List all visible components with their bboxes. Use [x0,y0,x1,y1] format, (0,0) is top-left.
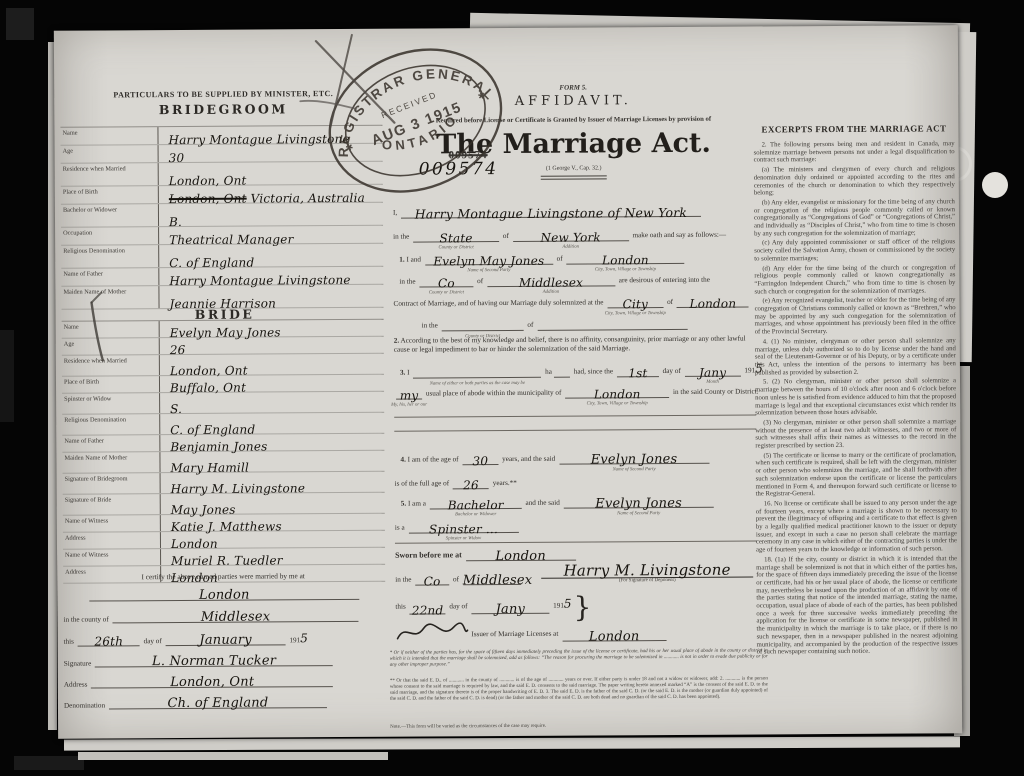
deponent-signature-block: Harry M. Livingstone (For Signature of D… [541,551,753,579]
field-sublabel: My, his, her or our [386,399,432,411]
item3-said-county: in the said County or District. [673,387,759,396]
item1-text: I and [406,256,421,264]
hw-minister-signature: L. Norman Tucker [95,653,333,669]
table-row: NameEvelyn May Jones [62,320,384,339]
film-artifact [14,756,84,770]
hw-solemnize-place: London [677,298,749,310]
item1-of2: of [477,277,483,285]
item5-is-a: is a [395,524,405,532]
excerpt-paragraph: (a) The ministers and clergymen of every… [754,165,955,197]
table-row: AddressLondon [63,531,385,550]
item4-full-age-text: is of the full age of [395,479,450,487]
field-label: Residence when Married [61,163,159,186]
item3-abode-text: usual place of abode within the municipa… [426,389,562,398]
field-sublabel: Name of Second Party [549,463,719,476]
hw-abode-day: 1st [617,367,659,379]
sworn-this: this [395,603,405,611]
sworn-of: of [453,575,459,583]
county-of-label: in the county of [63,615,108,623]
table-row: Spinster or WidowS. [62,392,384,415]
sworn-before-text: Sworn before me at [395,550,462,559]
oath-suffix: make oath and say as follows:— [632,231,726,240]
item5-i-am-a: I am a [408,500,426,508]
item4-said-text: years, and the said [502,455,555,463]
item2-paragraph: 2. According to the best of my knowledge… [394,334,756,353]
field-value: 26 [160,337,384,354]
item1-number: 1. [399,256,404,264]
excerpt-paragraph: (5) The certificate or license to marry … [755,451,956,498]
paper-edge-bottom [78,752,388,760]
field-value: Benjamin Jones [160,434,384,451]
film-artifact [0,330,14,422]
film-blob [982,172,1008,198]
field-label: Spinster or Widow [62,393,160,414]
hw-marriage-day: 26th [78,634,140,648]
sworn-in-the: in the [395,576,411,584]
table-row: Name of FatherBenjamin Jones [62,434,384,453]
hw-issuer-place: London [562,631,666,644]
excerpts-column: EXCERPTS FROM THE MARRIAGE ACT 2. The fo… [753,25,958,734]
hw-sworn-day: 22nd [410,604,446,616]
item3-191: 191 [744,366,755,374]
affidavit-document: PARTICULARS TO BE SUPPLIED BY MINISTER, … [54,25,962,739]
field-label: Address [63,532,161,549]
hw-second-party-age: 26 [453,479,489,491]
field-label: Name of Father [62,435,160,452]
item5-and-said: and the said [525,499,559,507]
field-value: Evelyn May Jones [160,320,384,337]
field-label: Name [60,127,158,145]
item1-contract-text: Contract of Marriage, and of having our … [393,298,603,307]
table-row: Signature of BridegroomHarry M. Livingst… [63,472,385,495]
issuer-label: Issuer of Marriage Licenses at [471,630,558,639]
excerpt-paragraph: (b) Any elder, evangelist or missionary … [754,198,955,238]
field-value: London, Ont [160,354,384,375]
field-value: Buffalo, Ont [160,375,384,392]
hw-marriage-month: January [166,632,286,648]
hw-marriage-place: London [89,587,359,604]
table-row: Name of WitnessKatie J. Matthews [63,514,385,533]
excerpts-body: 2. The following persons being men and r… [754,140,958,658]
field-value: May Jones [161,493,385,514]
item3-ha: ha [545,368,552,376]
bride-table: NameEvelyn May JonesAge26Residence when … [62,319,386,584]
field-label: Place of Birth [61,186,159,204]
table-row: Age26 [62,337,384,356]
field-label: Residence when Married [62,355,160,376]
table-row: Name of WitnessMuriel R. Tuedler [63,548,385,567]
field-label: Maiden Name of Mother [61,286,159,309]
footnote-star2: ** Or that the said E. D., of ..........… [390,676,768,702]
field-label: Religious Denomination [61,245,159,268]
excerpt-paragraph: 2. The following persons being men and r… [754,140,955,164]
field-value: Mary Hamill [160,451,384,472]
hw-sworn-month: Jany [471,604,549,616]
excerpt-paragraph: 5. (2) No clergyman, minister or other p… [755,378,956,418]
item3-number: 3. [400,369,405,377]
field-value: S. [160,392,384,413]
table-row: Religious DenominationC. of England [62,413,384,436]
issuer-signature-scribble [395,622,469,642]
excerpt-paragraph: (3) No clergyman, minister or other pers… [755,418,956,450]
table-row: Place of BirthBuffalo, Ont [62,375,384,394]
excerpt-paragraph: (d) Any elder for the time being of the … [754,264,955,296]
table-row: Bachelor or WidowerB. [61,203,383,228]
item3-day-of: day of [663,367,681,375]
field-label: Name of Father [61,268,159,286]
day-of-label: day of [144,637,162,645]
intro-of: of [503,232,509,240]
field-sublabel: City, Town, Village or Township [555,397,679,410]
microfilm-frame: { "stamp": { "arc_top": "REGISTRAR GENER… [0,0,1024,776]
table-row: Residence when MarriedLondon, Ont [62,354,384,377]
hw-deponent-age: 30 [462,455,498,467]
field-label: Religious Denomination [62,414,160,435]
field-value: C. of England [160,413,384,434]
table-row: OccupationTheatrical Manager [61,226,383,246]
item1-of: of [557,255,563,263]
field-label: Name [62,321,160,338]
ink-brace: } [573,590,591,623]
hw-minister-address: London, Ont [91,674,333,690]
field-label: Name of Witness [63,515,161,532]
hw-sworn-year-digit: 5 [564,597,572,611]
certify-statement: I certify the above named parties were m… [63,571,383,582]
minister-certification-block: I certify the above named parties were m… [63,571,384,733]
excerpts-header: EXCERPTS FROM THE MARRIAGE ACT [753,123,954,134]
item1-in-the2: in the [422,321,438,329]
item2-text: According to the best of my knowledge an… [394,335,746,354]
excerpt-paragraph: 4. (1) No minister, clergyman or other p… [755,337,956,377]
item4-years-text: years.** [493,479,517,487]
field-label: Name of Witness [63,549,161,566]
item2-number: 2. [394,337,399,345]
deponent-signature-label: (For Signature of Deponent) [541,578,753,584]
item5-number: 5. [401,500,406,508]
excerpt-paragraph: 18. (1a) If the city, county or district… [756,555,958,656]
field-value: Harry M. Livingstone [161,472,385,493]
item1-desirous-text: are desirous of entering into the [619,276,710,285]
field-label: Age [62,338,160,355]
denomination-label: Denomination [64,701,105,709]
footnote-star1: * Or if neither of the parties has, for … [390,648,768,668]
field-value: C. of England [159,244,383,267]
field-label: Place of Birth [62,376,160,393]
sworn-191: 191 [553,602,564,610]
year-prefix: 191 [289,636,300,644]
excerpt-paragraph: (e) Any recognized evangelist, teacher o… [754,297,955,337]
item4-number: 4. [400,456,405,464]
hw-minister-denomination: Ch. of England [109,695,327,711]
citation-rule [541,175,607,179]
intro-in-the: in the [393,233,409,241]
item3-had-since: had, since the [574,367,613,375]
item1-in-the: in the [399,278,415,286]
field-value: Muriel R. Tuedler [161,548,385,565]
field-value: Jeannie Harrison [159,285,383,308]
field-label: Signature of Bride [63,494,161,515]
sworn-day-of: day of [449,602,467,610]
item1-of3: of [667,298,673,306]
field-label: Signature of Bridegroom [63,473,161,494]
field-label: Age [61,145,159,163]
table-row: Name of FatherHarry Montague Livingstone [61,267,383,287]
address-label: Address [64,681,88,689]
paper-edge-bottom [64,736,960,750]
table-row: Place of BirthLondon, OntVictoria, Austr… [61,185,383,205]
film-artifact [6,8,34,40]
field-value: Harry Montague Livingstone [159,267,383,285]
field-label: Maiden Name of Mother [62,452,160,473]
table-row: Religious DenominationC. of England [61,244,383,269]
hw-sworn-district: Co [415,575,449,587]
field-value: London [161,531,385,548]
hw-deponent-name: Harry Montague Livingstone of New York [401,207,701,221]
hw-sworn-district-name: Middlesex [463,575,521,587]
item3-I: I [407,369,409,377]
excerpt-paragraph: 16. No license or certificate shall be i… [756,499,957,554]
item1-of4: of [527,321,533,329]
field-value: Theatrical Manager [159,226,383,244]
table-row: Signature of BrideMay Jones [63,493,385,516]
field-label: Occupation [61,227,159,245]
this-label: this [64,638,74,646]
blank-rule [394,428,756,431]
table-row: Maiden Name of MotherMary Hamill [62,451,384,474]
hw-marriage-year-digit: 5 [300,631,308,645]
footnote-note: Note.—This form will be varied as the ci… [390,722,768,730]
field-value: Katie J. Matthews [161,514,385,531]
signature-label: Signature [64,660,92,668]
field-label: Bachelor or Widower [61,204,159,227]
blank-rule [394,414,756,417]
item4-age-text: I am of the age of [408,455,459,463]
field-sublabel: Name of Second Party [554,507,724,520]
hw-marriage-county: Middlesex [113,609,359,626]
excerpt-paragraph: (c) Any duly appointed commissioner or s… [754,239,955,263]
